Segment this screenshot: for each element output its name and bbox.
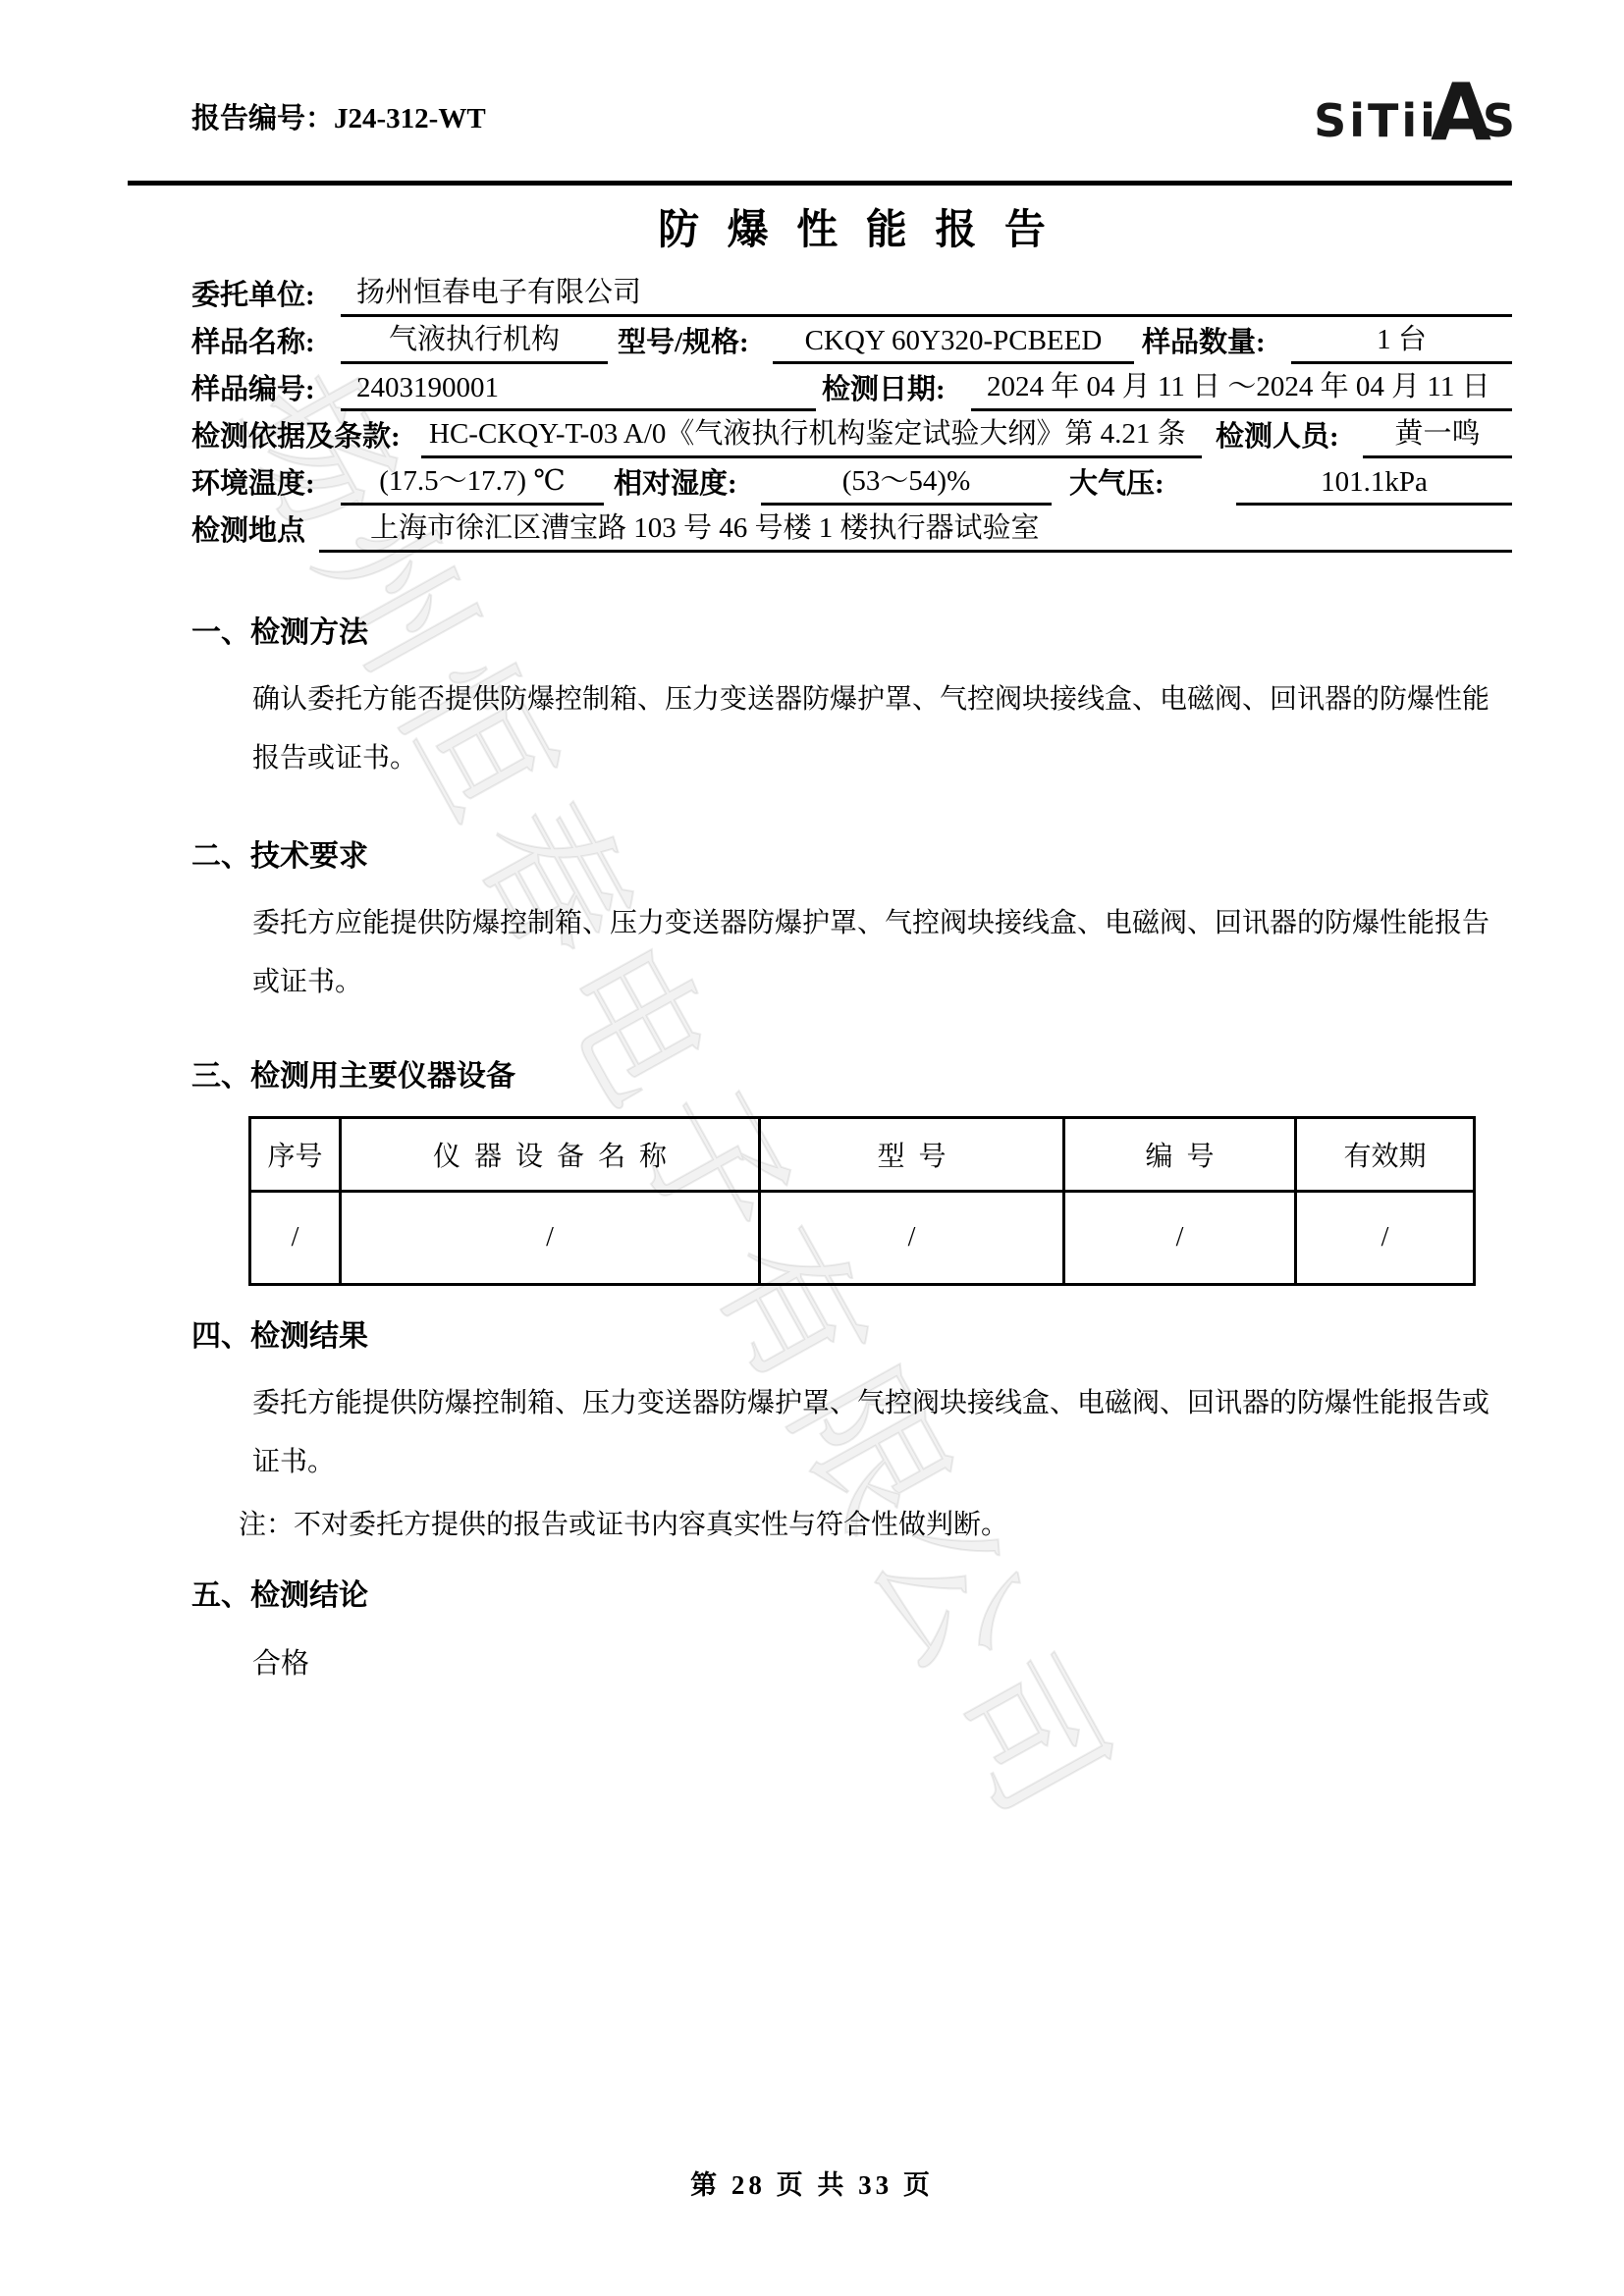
- instrument-table-data-row: / / / / /: [250, 1192, 1475, 1285]
- results-note: 注：不对委托方提供的报告或证书内容真实性与符合性做判断。: [239, 1496, 1512, 1555]
- sample-no-value: 2403190001: [341, 372, 816, 411]
- section-body-method: 确认委托方能否提供防爆控制箱、压力变送器防爆护罩、气控阀块接线盒、电磁阀、回讯器…: [252, 670, 1512, 788]
- test-date-label: 检测日期:: [822, 367, 971, 411]
- report-page: 扬州恒春电子有限公司 SiTiiAS 报告编号：J24-312-WT 防爆性能报…: [0, 0, 1624, 2296]
- page-title: 防爆性能报告: [191, 197, 1512, 256]
- report-number-value: J24-312-WT: [334, 103, 486, 134]
- meta-row-sample: 样品名称: 气液执行机构 型号/规格: CKQY 60Y320-PCBEED 样…: [191, 317, 1512, 364]
- client-label: 委托单位:: [191, 273, 341, 317]
- meta-row-environment: 环境温度: (17.5～17.7) ℃ 相对湿度: (53～54)% 大气压: …: [191, 458, 1512, 506]
- report-number: 报告编号：J24-312-WT: [191, 96, 1512, 136]
- test-date-value: 2024 年 04 月 11 日 ～2024 年 04 月 11 日: [971, 364, 1512, 411]
- report-number-label: 报告编号：: [191, 103, 334, 134]
- cell-model: /: [760, 1192, 1064, 1285]
- section-heading-conclusion: 五、检测结论: [191, 1571, 1512, 1614]
- pressure-label: 大气压:: [1069, 461, 1185, 506]
- model-label: 型号/规格:: [618, 320, 773, 364]
- temperature-label: 环境温度:: [191, 461, 341, 506]
- sample-name-value: 气液执行机构: [341, 317, 608, 364]
- pressure-value: 101.1kPa: [1236, 466, 1512, 506]
- temperature-value: (17.5～17.7) ℃: [341, 458, 604, 506]
- col-header-validity: 有效期: [1296, 1118, 1475, 1192]
- section-body-requirements: 委托方应能提供防爆控制箱、压力变送器防爆护罩、气控阀块接线盒、电磁阀、回讯器的防…: [252, 894, 1512, 1012]
- humidity-value: (53～54)%: [761, 458, 1052, 506]
- sample-no-label: 样品编号:: [191, 367, 341, 411]
- location-label: 检测地点: [191, 508, 319, 553]
- tester-value: 黄一鸣: [1363, 411, 1512, 458]
- model-value: CKQY 60Y320-PCBEED: [773, 325, 1134, 364]
- col-header-index: 序号: [250, 1118, 341, 1192]
- instrument-table-header-row: 序号 仪器设备名称 型号 编号 有效期: [250, 1118, 1475, 1192]
- meta-row-location: 检测地点 上海市徐汇区漕宝路 103 号 46 号楼 1 楼执行器试验室: [191, 506, 1512, 553]
- col-header-serial: 编号: [1064, 1118, 1296, 1192]
- quantity-label: 样品数量:: [1142, 320, 1291, 364]
- sample-name-label: 样品名称:: [191, 320, 341, 364]
- section-heading-method: 一、检测方法: [191, 608, 1512, 651]
- humidity-label: 相对湿度:: [614, 461, 761, 506]
- basis-value: HC-CKQY-T-03 A/0《气液执行机构鉴定试验大纲》第 4.21 条: [421, 411, 1202, 458]
- meta-fields: 委托单位: 扬州恒春电子有限公司 样品名称: 气液执行机构 型号/规格: CKQ…: [191, 270, 1512, 553]
- location-value: 上海市徐汇区漕宝路 103 号 46 号楼 1 楼执行器试验室: [319, 506, 1512, 553]
- client-value: 扬州恒春电子有限公司: [341, 270, 1512, 317]
- cell-serial: /: [1064, 1192, 1296, 1285]
- section-heading-requirements: 二、技术要求: [191, 831, 1512, 875]
- instrument-table: 序号 仪器设备名称 型号 编号 有效期 / / / / /: [248, 1116, 1476, 1286]
- cell-validity: /: [1296, 1192, 1475, 1285]
- header-rule: [128, 181, 1512, 186]
- meta-row-sampleno: 样品编号: 2403190001 检测日期: 2024 年 04 月 11 日 …: [191, 364, 1512, 411]
- section-body-results: 委托方能提供防爆控制箱、压力变送器防爆护罩、气控阀块接线盒、电磁阀、回讯器的防爆…: [252, 1374, 1512, 1492]
- meta-row-basis: 检测依据及条款: HC-CKQY-T-03 A/0《气液执行机构鉴定试验大纲》第…: [191, 411, 1512, 458]
- document-content: 报告编号：J24-312-WT 防爆性能报告 委托单位: 扬州恒春电子有限公司 …: [0, 0, 1624, 1682]
- col-header-model: 型号: [760, 1118, 1064, 1192]
- conclusion-value: 合格: [252, 1641, 1512, 1682]
- cell-name: /: [341, 1192, 760, 1285]
- meta-row-client: 委托单位: 扬州恒春电子有限公司: [191, 270, 1512, 317]
- page-footer: 第 28 页 共 33 页: [0, 2163, 1624, 2202]
- quantity-value: 1 台: [1291, 317, 1512, 364]
- cell-index: /: [250, 1192, 341, 1285]
- col-header-name: 仪器设备名称: [341, 1118, 760, 1192]
- basis-label: 检测依据及条款:: [191, 414, 421, 458]
- section-heading-instruments: 三、检测用主要仪器设备: [191, 1051, 1512, 1095]
- section-heading-results: 四、检测结果: [191, 1311, 1512, 1355]
- page-header: 报告编号：J24-312-WT: [191, 0, 1512, 136]
- tester-label: 检测人员:: [1216, 414, 1363, 458]
